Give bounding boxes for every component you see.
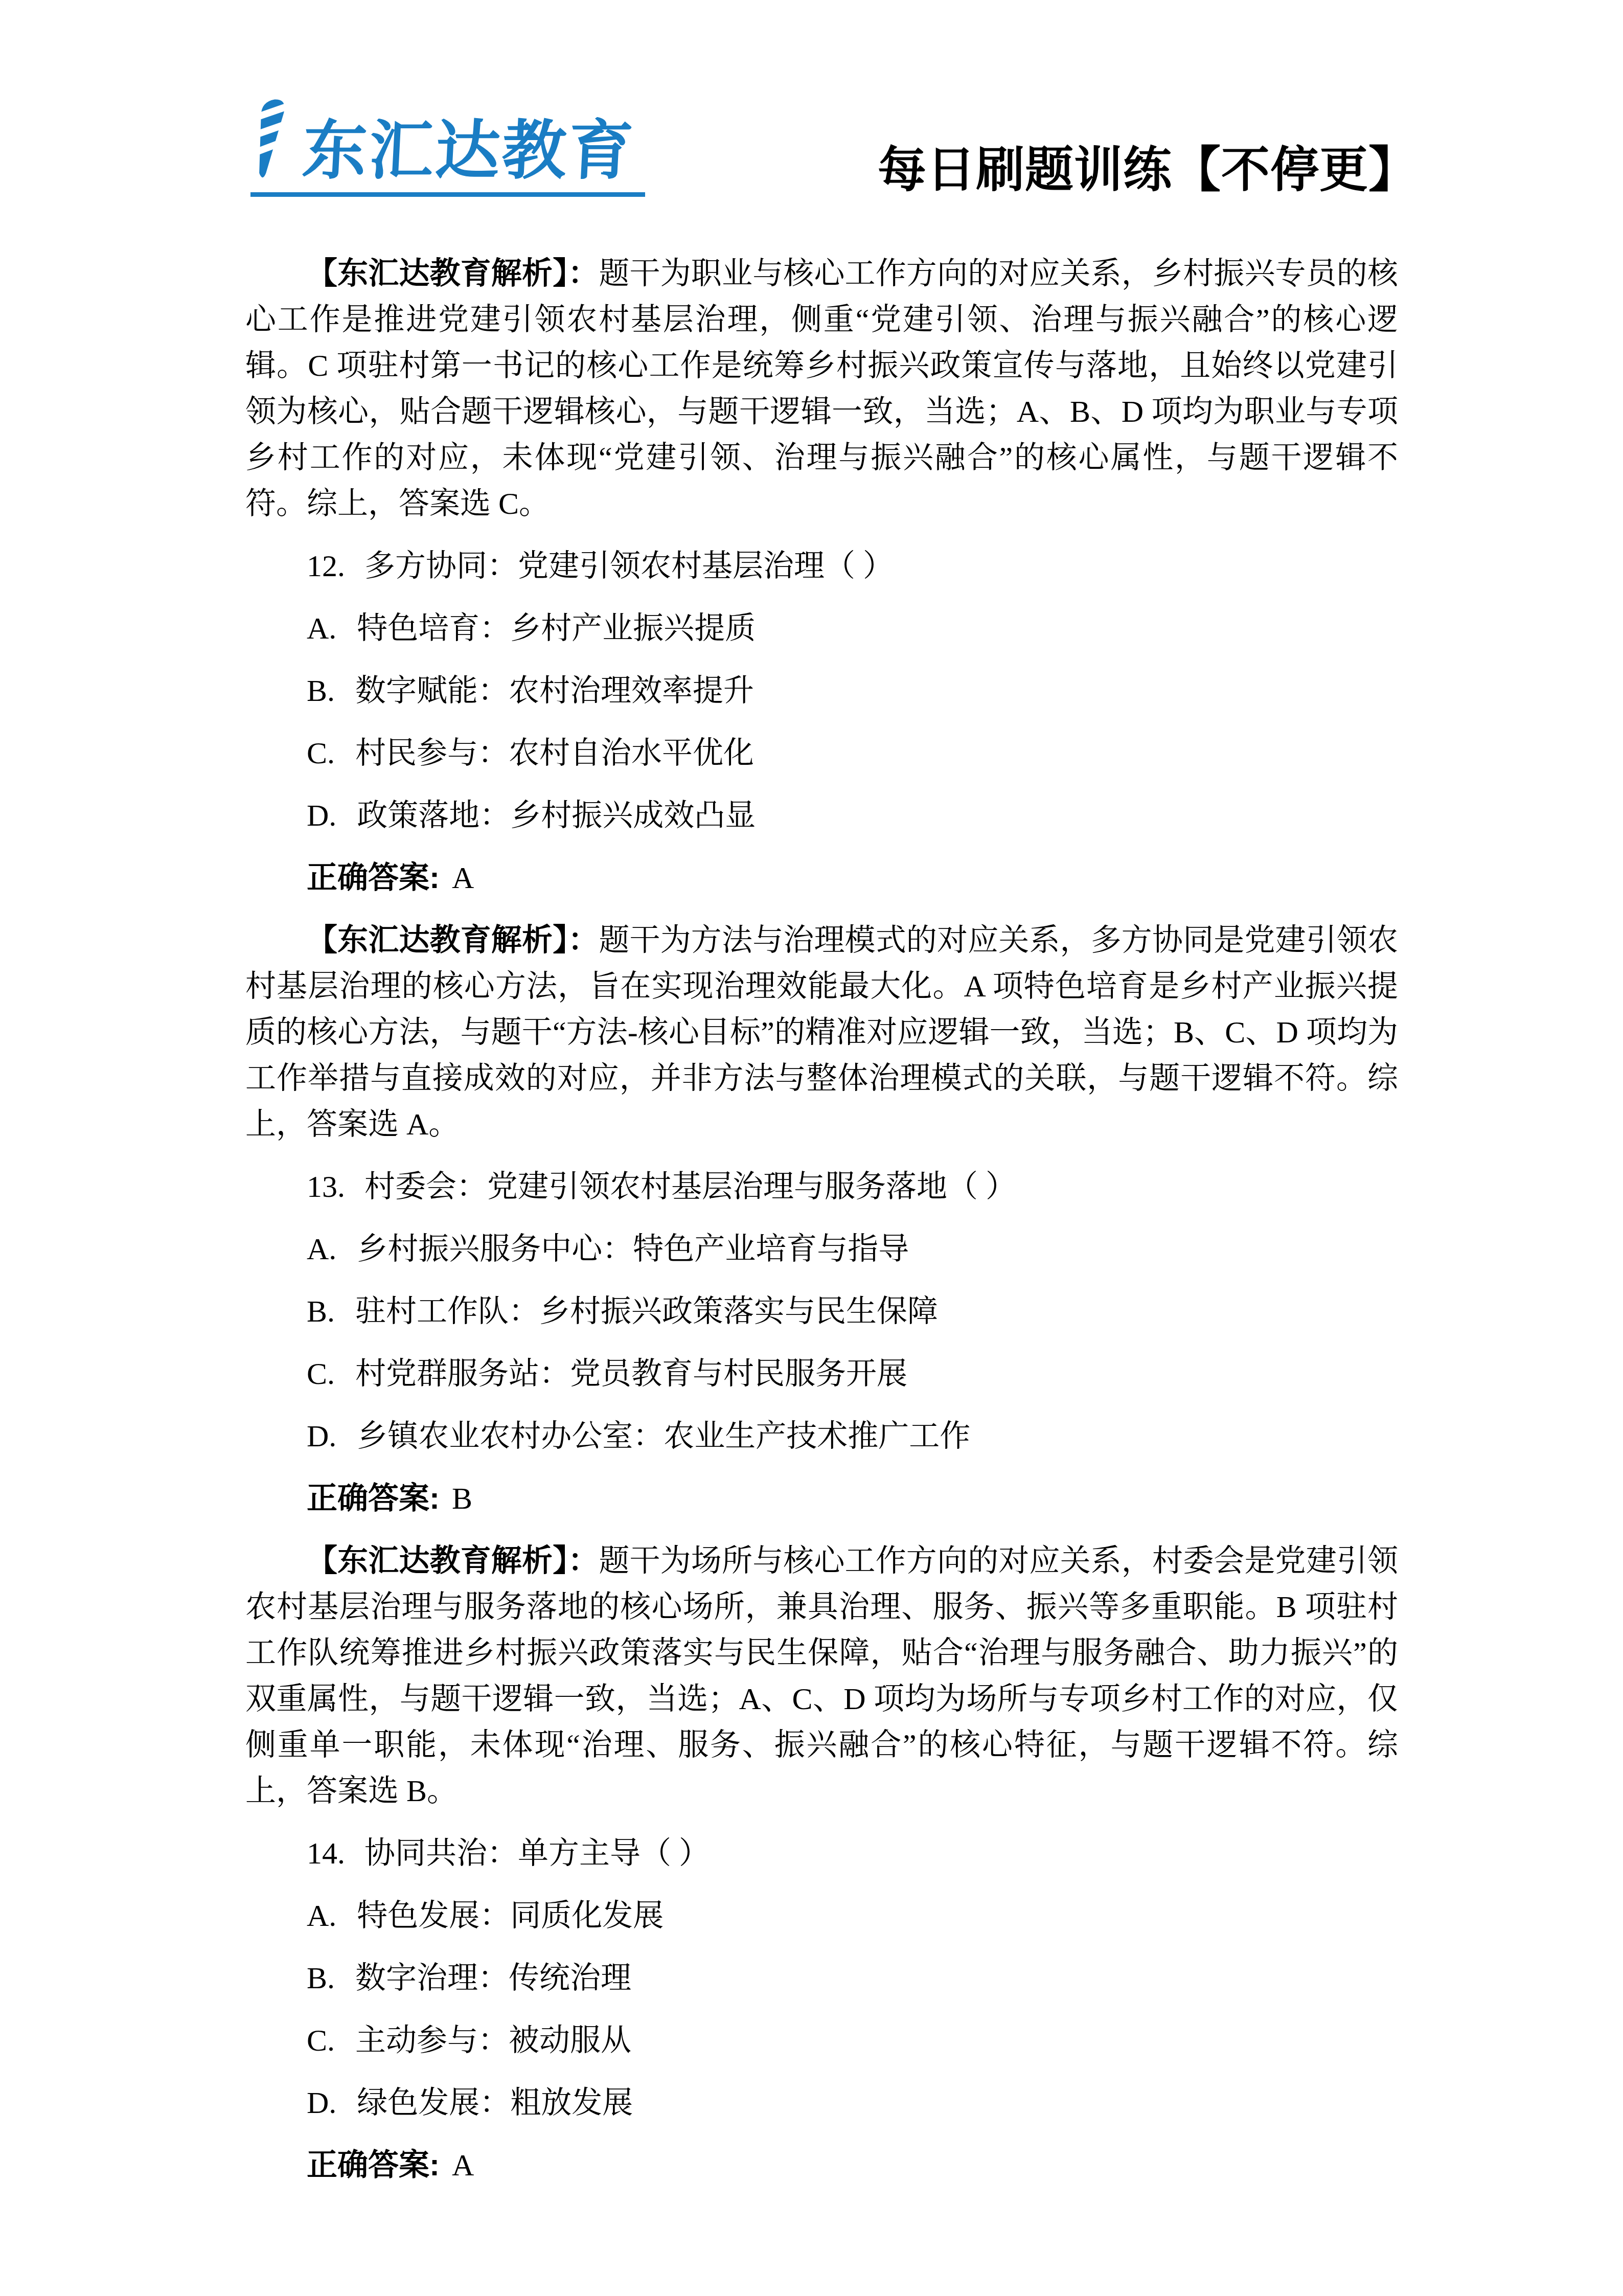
- option-12-b: B.数字赋能：农村治理效率提升: [245, 668, 1398, 714]
- explanation-prefix: 【东汇达教育解析】：: [307, 256, 599, 290]
- question-14: 14.协同共治：单方主导（ ）: [245, 1830, 1398, 1876]
- option-text: 村党群服务站：党员教育与村民服务开展: [355, 1357, 907, 1391]
- option-text: 数字治理：传统治理: [355, 1961, 631, 1995]
- option-label: D.: [307, 1419, 336, 1453]
- logo-text: 东汇达教育: [301, 119, 637, 183]
- question-number: 12.: [307, 549, 345, 583]
- option-label: C.: [307, 2024, 335, 2057]
- option-label: A.: [307, 611, 336, 645]
- option-label: A.: [307, 1232, 336, 1266]
- option-14-d: D.绿色发展：粗放发展: [245, 2080, 1398, 2126]
- option-label: C.: [307, 1357, 335, 1391]
- option-text: 乡镇农业农村办公室：农业生产技术推广工作: [357, 1419, 970, 1453]
- option-14-a: A.特色发展：同质化发展: [245, 1893, 1398, 1939]
- answer-label: 正确答案:: [307, 2148, 440, 2182]
- answer-value: A: [452, 861, 474, 895]
- option-14-c: C.主动参与：被动服从: [245, 2017, 1398, 2063]
- question-number: 14.: [307, 1836, 345, 1870]
- option-text: 数字赋能：农村治理效率提升: [355, 674, 754, 708]
- option-13-c: C.村党群服务站：党员教育与村民服务开展: [245, 1351, 1398, 1397]
- option-text: 村民参与：农村自治水平优化: [355, 736, 754, 770]
- option-label: B.: [307, 1961, 335, 1995]
- option-text: 特色发展：同质化发展: [357, 1899, 664, 1933]
- question-13: 13.村委会：党建引领农村基层治理与服务落地（ ）: [245, 1164, 1398, 1210]
- answer-value: A: [452, 2148, 474, 2182]
- answer-value: B: [452, 1482, 472, 1515]
- option-label: D.: [307, 799, 336, 832]
- option-12-a: A.特色培育：乡村产业振兴提质: [245, 605, 1398, 651]
- option-12-c: C.村民参与：农村自治水平优化: [245, 730, 1398, 776]
- option-text: 驻村工作队：乡村振兴政策落实与民生保障: [355, 1294, 938, 1328]
- option-13-d: D.乡镇农业农村办公室：农业生产技术推广工作: [245, 1413, 1398, 1459]
- option-12-d: D.政策落地：乡村振兴成效凸显: [245, 792, 1398, 838]
- explanation-paragraph-q11: 【东汇达教育解析】：题干为职业与核心工作方向的对应关系，乡村振兴专员的核心工作是…: [245, 251, 1398, 527]
- answer-14: 正确答案:A: [245, 2142, 1398, 2188]
- option-text: 主动参与：被动服从: [355, 2024, 631, 2057]
- question-12: 12.多方协同：党建引领农村基层治理（ ）: [245, 543, 1398, 589]
- option-label: C.: [307, 736, 335, 770]
- question-stem: 多方协同：党建引领农村基层治理（ ）: [364, 549, 894, 583]
- option-text: 特色培育：乡村产业振兴提质: [357, 611, 756, 645]
- option-text: 绿色发展：粗放发展: [357, 2086, 633, 2120]
- option-text: 政策落地：乡村振兴成效凸显: [357, 799, 756, 832]
- pen-nib-icon: [250, 98, 295, 186]
- logo-row: 东汇达教育: [250, 98, 645, 186]
- logo-underline: [250, 192, 645, 197]
- document-body: 【东汇达教育解析】：题干为职业与核心工作方向的对应关系，乡村振兴专员的核心工作是…: [245, 251, 1398, 2188]
- answer-label: 正确答案:: [307, 860, 440, 895]
- option-14-b: B.数字治理：传统治理: [245, 1955, 1398, 2001]
- option-label: A.: [307, 1899, 336, 1933]
- option-13-a: A.乡村振兴服务中心：特色产业培育与指导: [245, 1226, 1398, 1272]
- explanation-text: 题干为职业与核心工作方向的对应关系，乡村振兴专员的核心工作是推进党建引领农村基层…: [245, 257, 1398, 520]
- explanation-prefix: 【东汇达教育解析】：: [307, 1543, 599, 1578]
- option-label: D.: [307, 2086, 336, 2120]
- answer-12: 正确答案:A: [245, 855, 1398, 901]
- explanation-paragraph-q12: 【东汇达教育解析】：题干为方法与治理模式的对应关系，多方协同是党建引领农村基层治…: [245, 917, 1398, 1147]
- option-text: 乡村振兴服务中心：特色产业培育与指导: [357, 1232, 909, 1266]
- question-stem: 协同共治：单方主导（ ）: [364, 1836, 710, 1870]
- page-header: 东汇达教育 每日刷题训练【不停更】: [0, 0, 1623, 192]
- explanation-paragraph-q13: 【东汇达教育解析】：题干为场所与核心工作方向的对应关系，村委会是党建引领农村基层…: [245, 1538, 1398, 1814]
- explanation-text: 题干为场所与核心工作方向的对应关系，村委会是党建引领农村基层治理与服务落地的核心…: [245, 1544, 1398, 1808]
- answer-13: 正确答案:B: [245, 1475, 1398, 1521]
- answer-label: 正确答案:: [307, 1481, 440, 1515]
- question-stem: 村委会：党建引领农村基层治理与服务落地（ ）: [364, 1170, 1016, 1203]
- brand-logo: 东汇达教育: [250, 98, 645, 197]
- option-13-b: B.驻村工作队：乡村振兴政策落实与民生保障: [245, 1288, 1398, 1334]
- option-label: B.: [307, 674, 335, 708]
- header-title: 每日刷题训练【不停更】: [878, 146, 1418, 195]
- document-page: 东汇达教育 每日刷题训练【不停更】 【东汇达教育解析】：题干为职业与核心工作方向…: [0, 0, 1623, 2296]
- option-label: B.: [307, 1294, 335, 1328]
- explanation-prefix: 【东汇达教育解析】：: [307, 923, 599, 957]
- question-number: 13.: [307, 1170, 345, 1203]
